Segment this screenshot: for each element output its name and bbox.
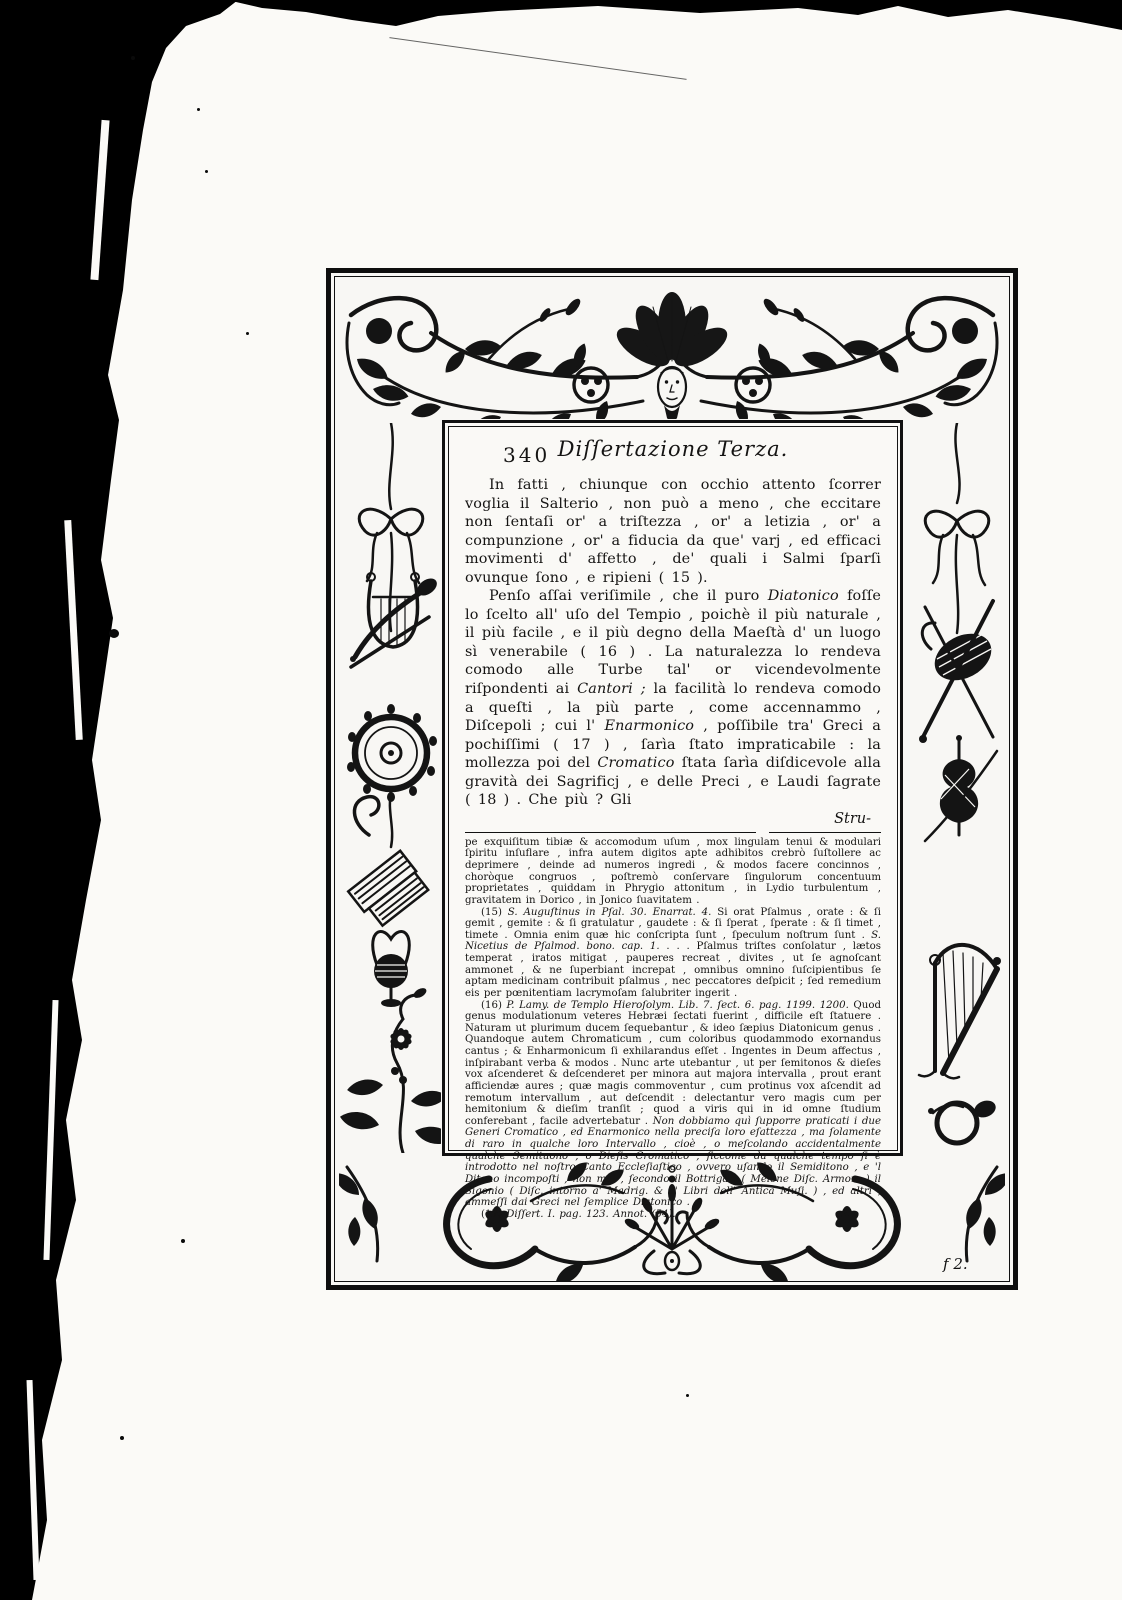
small-lyre-ball (373, 931, 410, 1007)
ink-speck (205, 170, 208, 173)
page-title: Diſſertazione Terza. (465, 437, 881, 461)
ink-speck (686, 1394, 689, 1397)
text-panel: 340 Diſſertazione Terza. In fatti , chiu… (442, 420, 903, 1156)
footnote-17: (17) Diſſert. I. pag. 123. Annot. (54). (465, 1209, 881, 1221)
ink-speck (181, 1239, 185, 1243)
engraved-border-plate: 340 Diſſertazione Terza. In fatti , chiu… (326, 268, 1018, 1290)
mask-face-ornament (611, 292, 733, 419)
footnote-15: (15) S. Auguſtinus in Pſal. 30. Enarrat.… (465, 907, 881, 1000)
scanned-book-page: 340 Diſſertazione Terza. In fatti , chiu… (0, 0, 1122, 1600)
harp (919, 945, 1001, 1078)
body-text: In fatti , chiunque con occhio attento ſ… (465, 476, 881, 810)
catchword: Stru- (465, 811, 881, 827)
ink-speck (197, 108, 200, 111)
flower-vine (339, 986, 441, 1153)
right-border-engraving (905, 423, 1009, 1153)
tambourine (347, 704, 437, 802)
footnote-continuation: pe exquiſitum tibiæ & accomodum uſum , m… (465, 837, 881, 907)
scan-gutter-shadow (0, 0, 240, 1600)
ink-speck (109, 629, 119, 638)
violin-and-bow (925, 735, 997, 841)
drum-and-sticks (919, 601, 999, 743)
top-border-engraving (339, 281, 1005, 419)
ink-speck (120, 1436, 124, 1440)
left-border-engraving (337, 423, 441, 1153)
ink-speck (246, 332, 249, 335)
lyre-and-horn-trophy (350, 573, 440, 667)
running-header: 340 Diſſertazione Terza. (465, 434, 881, 476)
footnote-16: (16) P. Lamy. de Templo Hieroſolym. Lib.… (465, 1000, 881, 1209)
panpipes-and-crook (348, 797, 430, 930)
footnotes: pe exquiſitum tibiæ & accomodum uſum , m… (465, 837, 881, 1221)
paper-crack-line (389, 37, 686, 80)
horn (928, 1098, 998, 1143)
signature-mark: f 2. (943, 1255, 968, 1273)
ink-speck (131, 56, 135, 60)
paragraph: In fatti , chiunque con occhio attento ſ… (465, 476, 881, 587)
footnote-rule (465, 832, 881, 833)
paragraph: Penſo aſſai veriſimile , che il puro Dia… (465, 587, 881, 810)
